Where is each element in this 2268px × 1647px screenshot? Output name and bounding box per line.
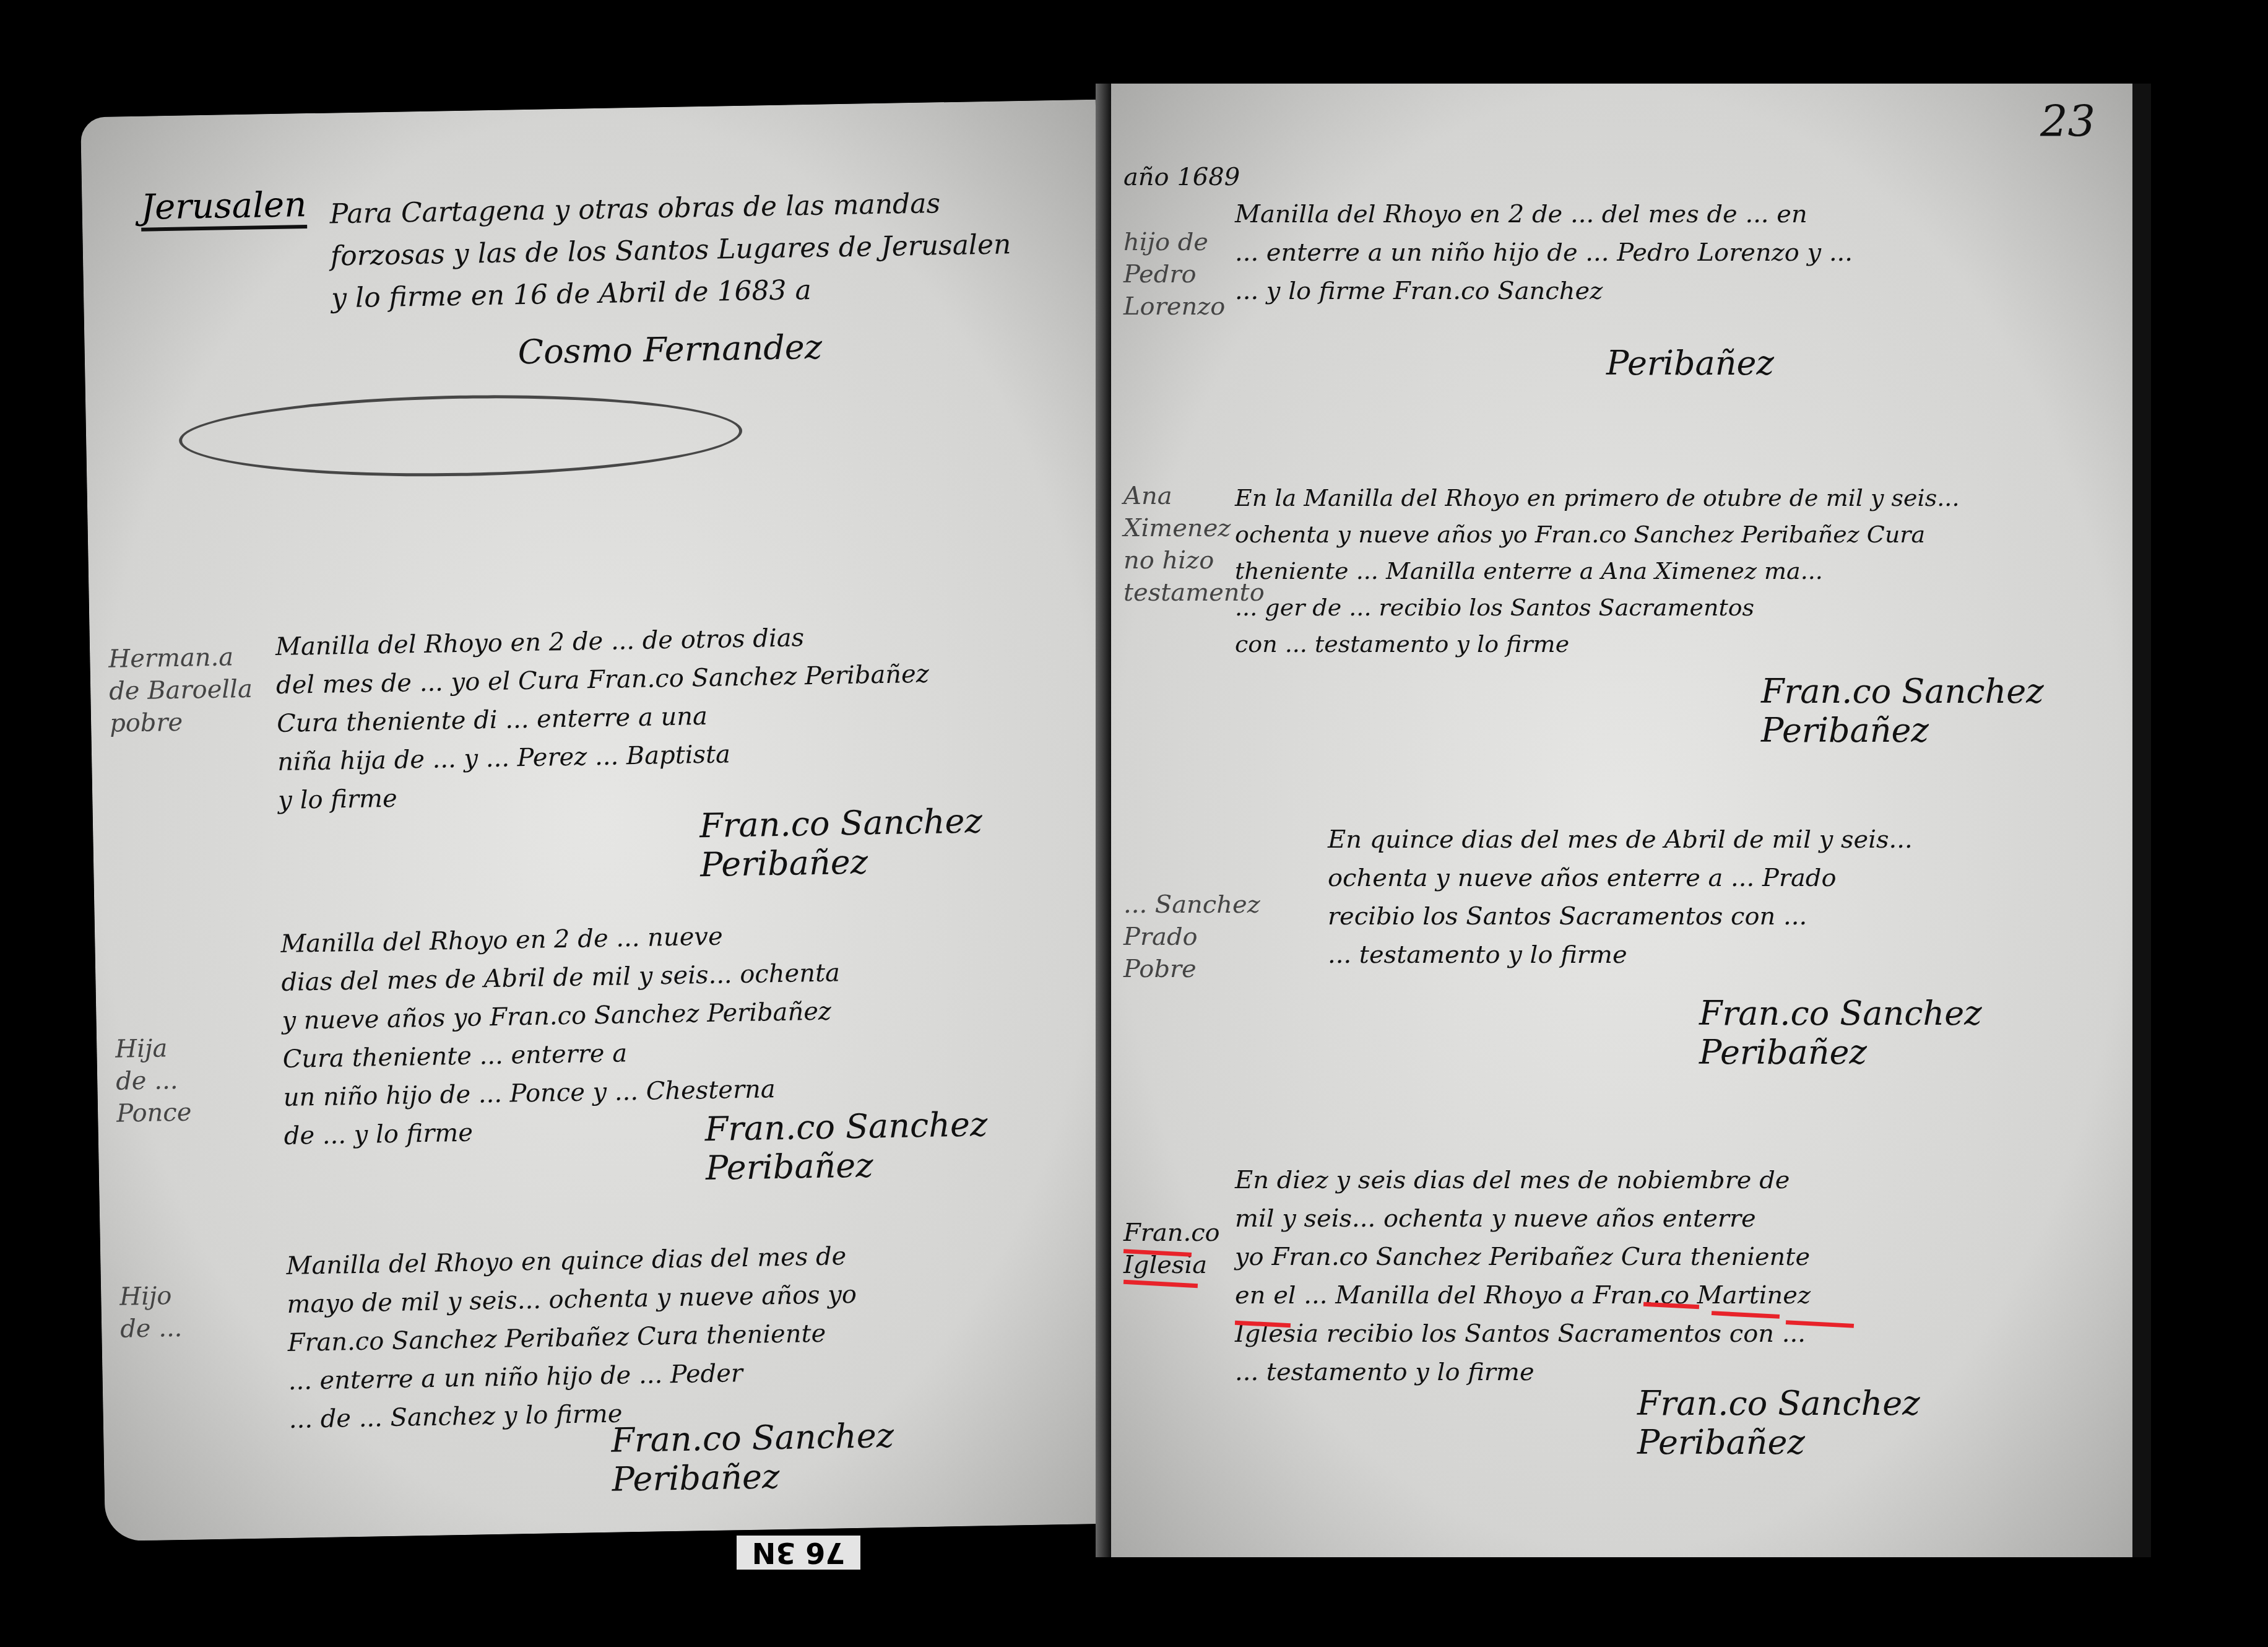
signature: Fran.co Sanchez Peribañez (611, 1416, 895, 1499)
signature: Fran.co Sanchez Peribañez (1761, 672, 2044, 750)
margin-note: Hijo de ... (119, 1280, 183, 1345)
signature: Fran.co Sanchez Peribañez (1699, 994, 1982, 1072)
burial-entry: En diez y seis dias del mes de nobiembre… (1235, 1161, 1811, 1391)
margin-note: Herman.a de Baroella pobre (108, 641, 253, 740)
page-heading: Jerusalen (141, 185, 307, 232)
burial-entry: En quince dias del mes de Abril de mil y… (1328, 820, 1913, 974)
burial-entry: En la Manilla del Rhoyo en primero de ot… (1235, 480, 1960, 662)
margin-note: hijo de Pedro Lorenzo (1123, 226, 1225, 323)
header-signature: Cosmo Fernandez (517, 328, 822, 372)
signature: Fran.co Sanchez Peribañez (1637, 1384, 1920, 1462)
margin-note: Fran.co Iglesia (1123, 1217, 1220, 1281)
tape-label: 76 3N (737, 1536, 860, 1570)
signature: Fran.co Sanchez Peribañez (699, 801, 984, 884)
left-page: Jerusalen Para Cartagena y otras obras d… (80, 100, 1120, 1541)
header-entry: Para Cartagena y otras obras de las mand… (329, 181, 1012, 320)
signature: Fran.co Sanchez Peribañez (704, 1105, 989, 1188)
margin-note: ... Sanchez Prado Pobre (1123, 889, 1260, 985)
right-page: 23 año 1689 hijo de Pedro Lorenzo Manill… (1111, 84, 2151, 1557)
burial-entry: Manilla del Rhoyo en quince dias del mes… (286, 1237, 859, 1439)
year-note: año 1689 (1123, 158, 1240, 196)
signature: Peribañez (1606, 344, 1774, 383)
burial-entry: Manilla del Rhoyo en 2 de ... de otros d… (275, 617, 931, 820)
flourish (178, 391, 743, 481)
page-number: 23 (2040, 96, 2095, 147)
margin-note: Hija de ... Ponce (115, 1032, 192, 1130)
burial-entry: Manilla del Rhoyo en 2 de ... del mes de… (1235, 195, 1853, 310)
open-register-book: Jerusalen Para Cartagena y otras obras d… (93, 59, 2166, 1570)
